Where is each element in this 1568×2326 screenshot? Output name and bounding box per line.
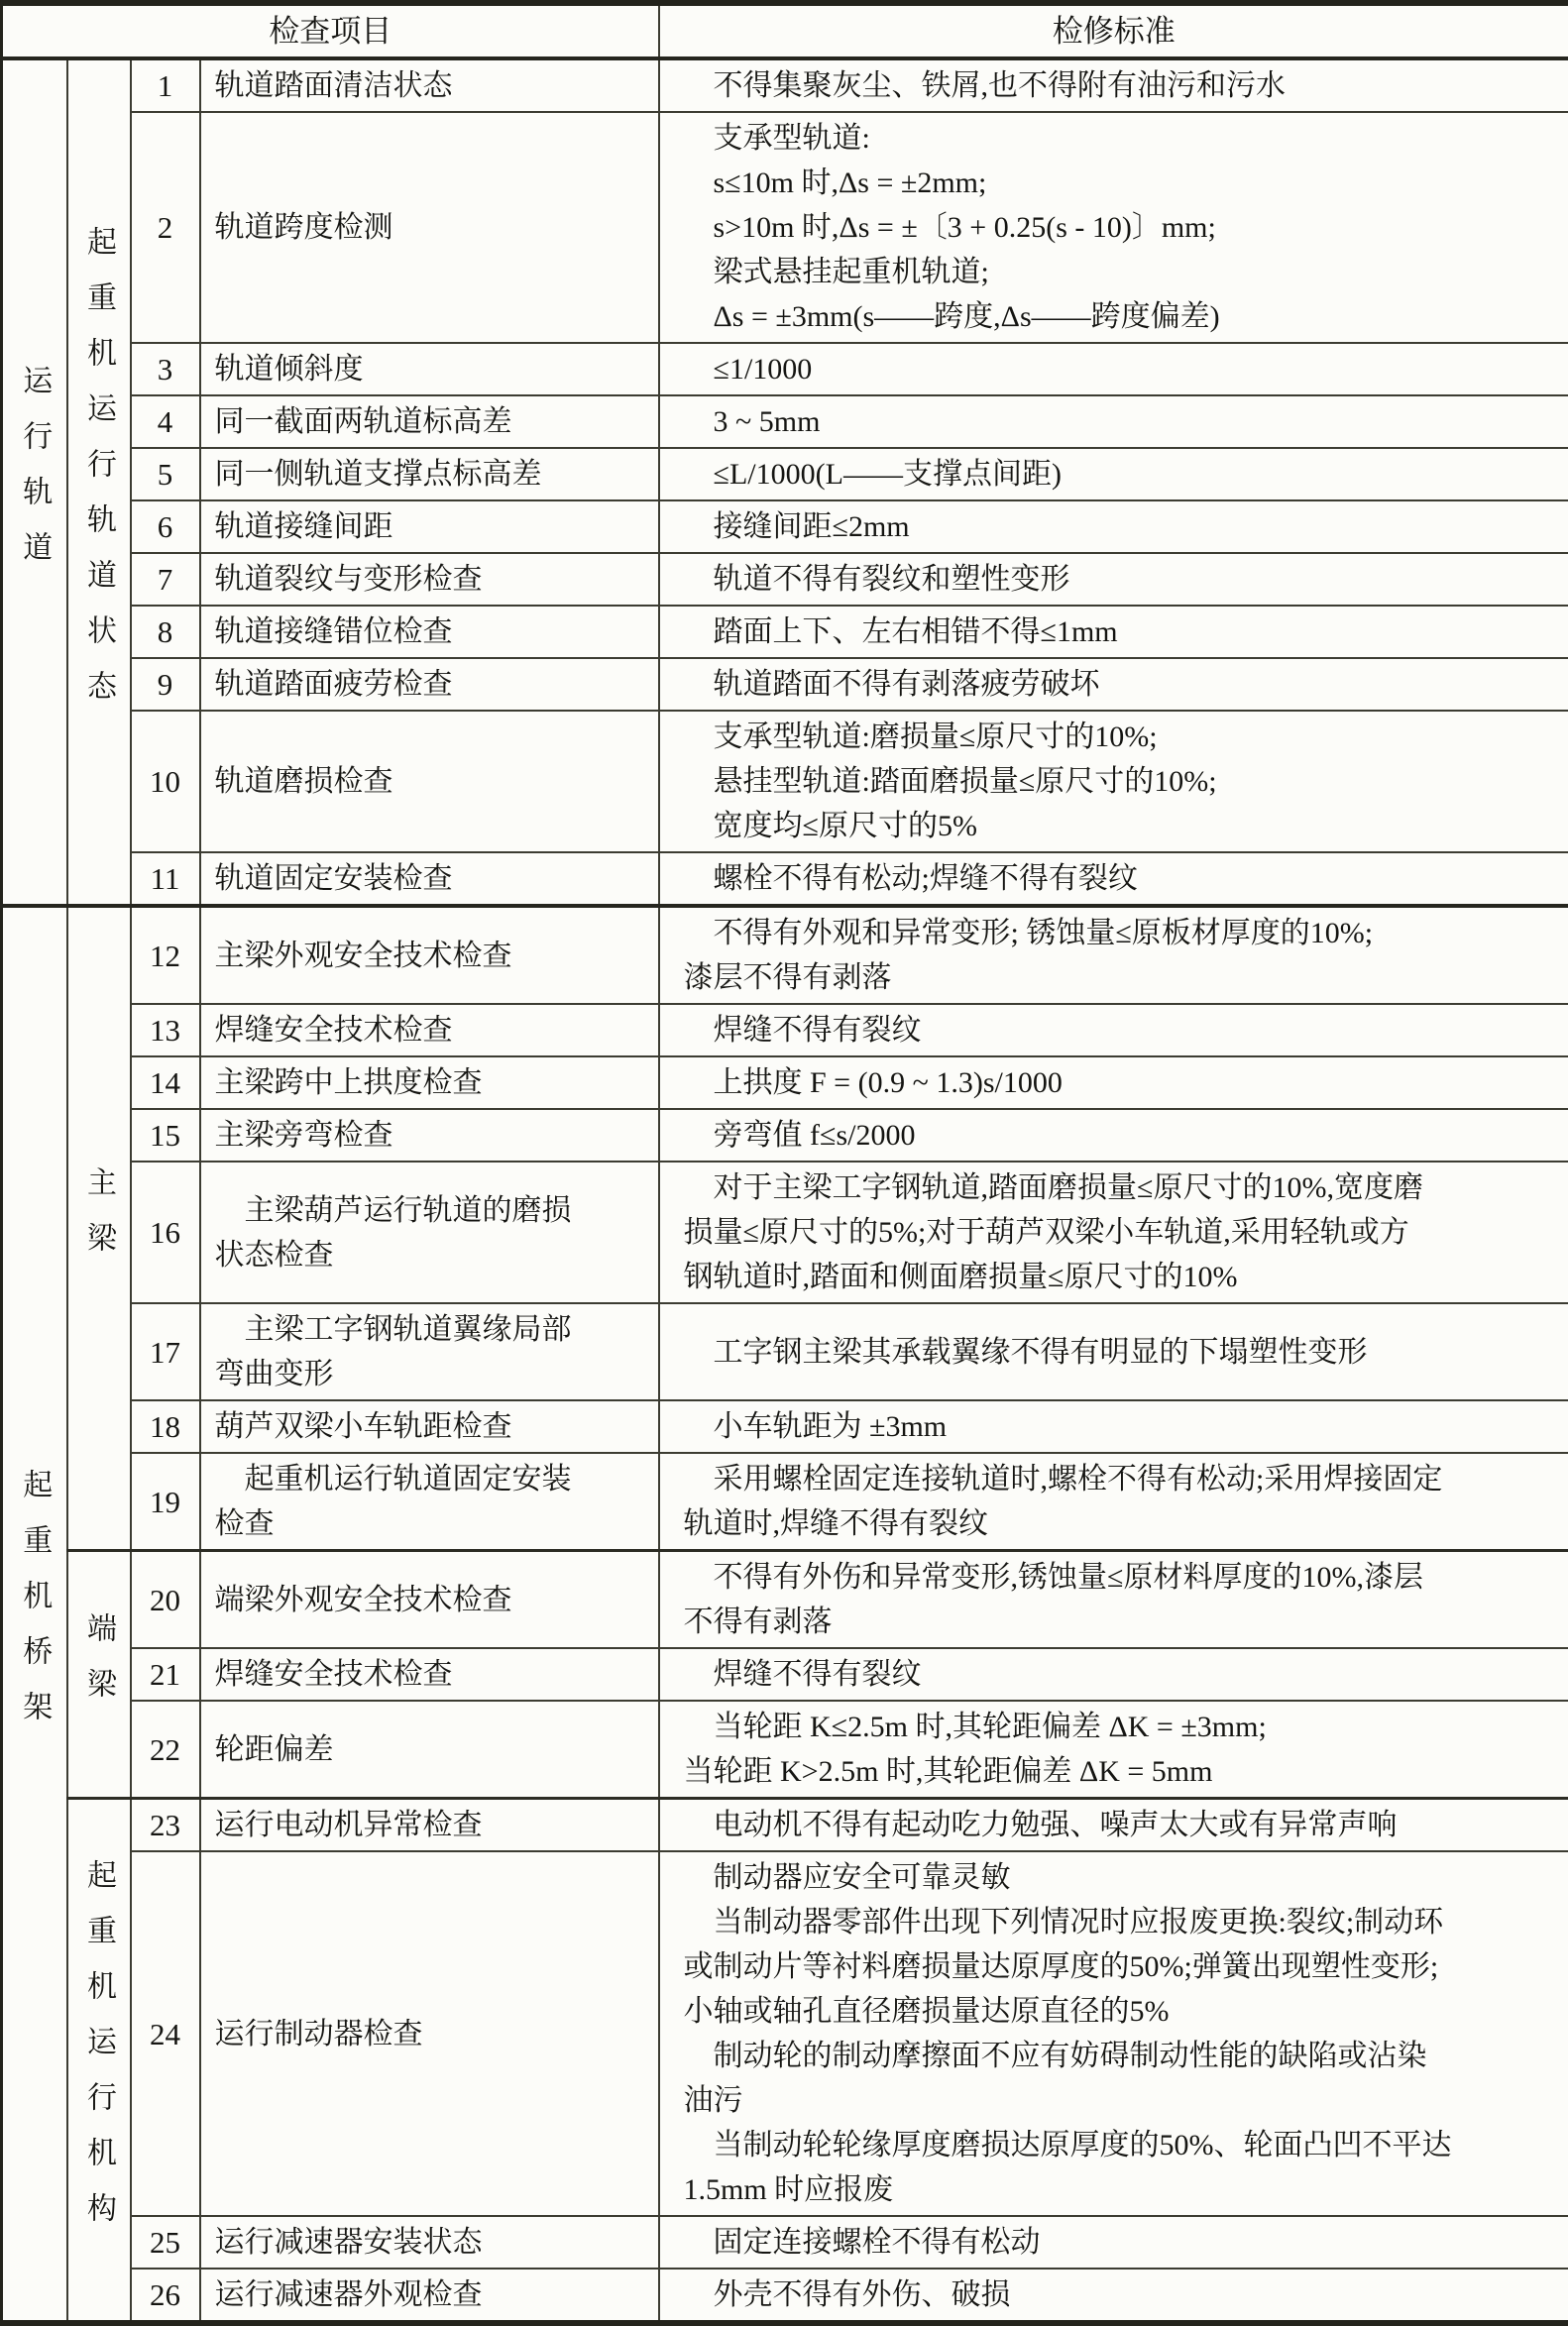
row-number: 20 (131, 1551, 200, 1649)
inspection-item: 轨道接缝错位检查 (200, 606, 659, 658)
row-number: 18 (131, 1400, 200, 1453)
table-row: 7轨道裂纹与变形检查 轨道不得有裂纹和塑性变形 (2, 553, 1568, 606)
row-number: 23 (131, 1799, 200, 1852)
subgroup-label-text: 主梁 (76, 1166, 121, 1277)
table-row: 14主梁跨中上拱度检查 上拱度 F = (0.9 ~ 1.3)s/1000 (2, 1056, 1568, 1109)
maintenance-standard: 不得集聚灰尘、铁屑,也不得附有油污和污水 (659, 58, 1568, 112)
maintenance-standard: 接缝间距≤2mm (659, 500, 1568, 553)
inspection-item: 端梁外观安全技术检查 (200, 1551, 659, 1649)
row-number: 21 (131, 1648, 200, 1701)
table-row: 21焊缝安全技术检查 焊缝不得有裂纹 (2, 1648, 1568, 1701)
maintenance-standard: 工字钢主梁其承载翼缘不得有明显的下塌塑性变形 (659, 1303, 1568, 1400)
inspection-item: 轨道固定安装检查 (200, 852, 659, 906)
maintenance-standard: 轨道不得有裂纹和塑性变形 (659, 553, 1568, 606)
maintenance-standard: 支承型轨道: s≤10m 时,Δs = ±2mm; s>10m 时,Δs = ±… (659, 112, 1568, 343)
inspection-item: 运行电动机异常检查 (200, 1799, 659, 1852)
row-number: 6 (131, 500, 200, 553)
maintenance-standard: 固定连接螺栓不得有松动 (659, 2216, 1568, 2269)
inspection-item: 起重机运行轨道固定安装 检查 (200, 1453, 659, 1551)
maintenance-standard: 不得有外观和异常变形; 锈蚀量≤原板材厚度的10%; 漆层不得有剥落 (659, 906, 1568, 1004)
row-number: 1 (131, 58, 200, 112)
inspection-item: 运行制动器检查 (200, 1851, 659, 2216)
maintenance-standard: 旁弯值 f≤s/2000 (659, 1109, 1568, 1162)
inspection-item: 运行减速器安装状态 (200, 2216, 659, 2269)
table-row: 19 起重机运行轨道固定安装 检查 采用螺栓固定连接轨道时,螺栓不得有松动;采用… (2, 1453, 1568, 1551)
row-number: 17 (131, 1303, 200, 1400)
maintenance-standard: 不得有外伤和异常变形,锈蚀量≤原材料厚度的10%,漆层 不得有剥落 (659, 1551, 1568, 1649)
maintenance-standard: 小车轨距为 ±3mm (659, 1400, 1568, 1453)
row-number: 12 (131, 906, 200, 1004)
table-row: 8轨道接缝错位检查 踏面上下、左右相错不得≤1mm (2, 606, 1568, 658)
table-row: 运行轨道起重机运行轨道状态1轨道踏面清洁状态 不得集聚灰尘、铁屑,也不得附有油污… (2, 58, 1568, 112)
table-row: 17 主梁工字钢轨道翼缘局部 弯曲变形 工字钢主梁其承载翼缘不得有明显的下塌塑性… (2, 1303, 1568, 1400)
row-number: 24 (131, 1851, 200, 2216)
maintenance-standard: 当轮距 K≤2.5m 时,其轮距偏差 ΔK = ±3mm; 当轮距 K>2.5m… (659, 1701, 1568, 1799)
inspection-item: 轨道倾斜度 (200, 343, 659, 395)
inspection-item: 主梁外观安全技术检查 (200, 906, 659, 1004)
inspection-item: 主梁旁弯检查 (200, 1109, 659, 1162)
maintenance-standard: 踏面上下、左右相错不得≤1mm (659, 606, 1568, 658)
table-row: 起重机运行机构23运行电动机异常检查 电动机不得有起动吃力勉强、噪声太大或有异常… (2, 1799, 1568, 1852)
group-label: 运行轨道 (2, 58, 67, 906)
table-row: 18葫芦双梁小车轨距检查 小车轨距为 ±3mm (2, 1400, 1568, 1453)
maintenance-standard: 制动器应安全可靠灵敏 当制动器零部件出现下列情况时应报废更换:裂纹;制动环 或制… (659, 1851, 1568, 2216)
inspection-table: 检查项目 检修标准 运行轨道起重机运行轨道状态1轨道踏面清洁状态 不得集聚灰尘、… (0, 0, 1568, 2326)
maintenance-standard: 3 ~ 5mm (659, 395, 1568, 448)
maintenance-standard: 外壳不得有外伤、破损 (659, 2269, 1568, 2323)
table-row: 22轮距偏差 当轮距 K≤2.5m 时,其轮距偏差 ΔK = ±3mm; 当轮距… (2, 1701, 1568, 1799)
table-row: 端梁20端梁外观安全技术检查 不得有外伤和异常变形,锈蚀量≤原材料厚度的10%,… (2, 1551, 1568, 1649)
row-number: 11 (131, 852, 200, 906)
subgroup-label-text: 起重机运行机构 (76, 1859, 121, 2248)
table-row: 9轨道踏面疲劳检查 轨道踏面不得有剥落疲劳破坏 (2, 658, 1568, 711)
inspection-item: 轨道踏面清洁状态 (200, 58, 659, 112)
inspection-item: 轨道接缝间距 (200, 500, 659, 553)
table-row: 2轨道跨度检测 支承型轨道: s≤10m 时,Δs = ±2mm; s>10m … (2, 112, 1568, 343)
row-number: 13 (131, 1004, 200, 1056)
subgroup-label: 起重机运行机构 (67, 1799, 131, 2324)
group-label: 起重机桥架 (2, 906, 67, 2323)
row-number: 19 (131, 1453, 200, 1551)
inspection-item: 葫芦双梁小车轨距检查 (200, 1400, 659, 1453)
subgroup-label-text: 端梁 (76, 1612, 121, 1723)
table-row: 10轨道磨损检查 支承型轨道:磨损量≤原尺寸的10%; 悬挂型轨道:踏面磨损量≤… (2, 711, 1568, 852)
maintenance-standard: 上拱度 F = (0.9 ~ 1.3)s/1000 (659, 1056, 1568, 1109)
row-number: 22 (131, 1701, 200, 1799)
inspection-item: 同一截面两轨道标高差 (200, 395, 659, 448)
table-row: 26运行减速器外观检查 外壳不得有外伤、破损 (2, 2269, 1568, 2323)
row-number: 3 (131, 343, 200, 395)
row-number: 2 (131, 112, 200, 343)
row-number: 9 (131, 658, 200, 711)
row-number: 8 (131, 606, 200, 658)
maintenance-standard: 电动机不得有起动吃力勉强、噪声太大或有异常声响 (659, 1799, 1568, 1852)
row-number: 7 (131, 553, 200, 606)
maintenance-standard: 焊缝不得有裂纹 (659, 1648, 1568, 1701)
header-inspection-items: 检查项目 (2, 3, 659, 58)
table-body: 运行轨道起重机运行轨道状态1轨道踏面清洁状态 不得集聚灰尘、铁屑,也不得附有油污… (2, 58, 1568, 2323)
row-number: 14 (131, 1056, 200, 1109)
row-number: 15 (131, 1109, 200, 1162)
row-number: 10 (131, 711, 200, 852)
table-row: 起重机桥架主梁12主梁外观安全技术检查 不得有外观和异常变形; 锈蚀量≤原板材厚… (2, 906, 1568, 1004)
row-number: 26 (131, 2269, 200, 2323)
subgroup-label-text: 起重机运行轨道状态 (76, 226, 121, 725)
maintenance-standard: 对于主梁工字钢轨道,踏面磨损量≤原尺寸的10%,宽度磨 损量≤原尺寸的5%;对于… (659, 1162, 1568, 1303)
subgroup-label: 起重机运行轨道状态 (67, 58, 131, 906)
table-row: 16 主梁葫芦运行轨道的磨损 状态检查 对于主梁工字钢轨道,踏面磨损量≤原尺寸的… (2, 1162, 1568, 1303)
inspection-item: 同一侧轨道支撑点标高差 (200, 448, 659, 500)
maintenance-standard: 螺栓不得有松动;焊缝不得有裂纹 (659, 852, 1568, 906)
table-row: 13焊缝安全技术检查 焊缝不得有裂纹 (2, 1004, 1568, 1056)
table-row: 3轨道倾斜度 ≤1/1000 (2, 343, 1568, 395)
maintenance-standard: 采用螺栓固定连接轨道时,螺栓不得有松动;采用焊接固定 轨道时,焊缝不得有裂纹 (659, 1453, 1568, 1551)
inspection-item: 运行减速器外观检查 (200, 2269, 659, 2323)
group-label-text: 起重机桥架 (12, 1469, 56, 1746)
inspection-item: 轨道踏面疲劳检查 (200, 658, 659, 711)
inspection-item: 轨道裂纹与变形检查 (200, 553, 659, 606)
inspection-item: 焊缝安全技术检查 (200, 1648, 659, 1701)
table-row: 6轨道接缝间距 接缝间距≤2mm (2, 500, 1568, 553)
table-row: 5同一侧轨道支撑点标高差 ≤L/1000(L——支撑点间距) (2, 448, 1568, 500)
table-row: 11轨道固定安装检查 螺栓不得有松动;焊缝不得有裂纹 (2, 852, 1568, 906)
inspection-item: 焊缝安全技术检查 (200, 1004, 659, 1056)
inspection-item: 主梁工字钢轨道翼缘局部 弯曲变形 (200, 1303, 659, 1400)
row-number: 25 (131, 2216, 200, 2269)
inspection-item: 轨道跨度检测 (200, 112, 659, 343)
table-row: 25运行减速器安装状态 固定连接螺栓不得有松动 (2, 2216, 1568, 2269)
header-row: 检查项目 检修标准 (2, 3, 1568, 58)
row-number: 4 (131, 395, 200, 448)
inspection-item: 轮距偏差 (200, 1701, 659, 1799)
table-row: 15主梁旁弯检查 旁弯值 f≤s/2000 (2, 1109, 1568, 1162)
maintenance-standard: 轨道踏面不得有剥落疲劳破坏 (659, 658, 1568, 711)
group-label-text: 运行轨道 (12, 365, 56, 587)
inspection-item: 主梁跨中上拱度检查 (200, 1056, 659, 1109)
table-row: 4同一截面两轨道标高差 3 ~ 5mm (2, 395, 1568, 448)
inspection-item: 主梁葫芦运行轨道的磨损 状态检查 (200, 1162, 659, 1303)
maintenance-standard: 焊缝不得有裂纹 (659, 1004, 1568, 1056)
row-number: 5 (131, 448, 200, 500)
subgroup-label: 端梁 (67, 1551, 131, 1799)
maintenance-standard: ≤1/1000 (659, 343, 1568, 395)
maintenance-standard: 支承型轨道:磨损量≤原尺寸的10%; 悬挂型轨道:踏面磨损量≤原尺寸的10%; … (659, 711, 1568, 852)
subgroup-label: 主梁 (67, 906, 131, 1551)
inspection-item: 轨道磨损检查 (200, 711, 659, 852)
row-number: 16 (131, 1162, 200, 1303)
header-maintenance-standard: 检修标准 (659, 3, 1568, 58)
maintenance-standard: ≤L/1000(L——支撑点间距) (659, 448, 1568, 500)
table-row: 24运行制动器检查 制动器应安全可靠灵敏 当制动器零部件出现下列情况时应报废更换… (2, 1851, 1568, 2216)
